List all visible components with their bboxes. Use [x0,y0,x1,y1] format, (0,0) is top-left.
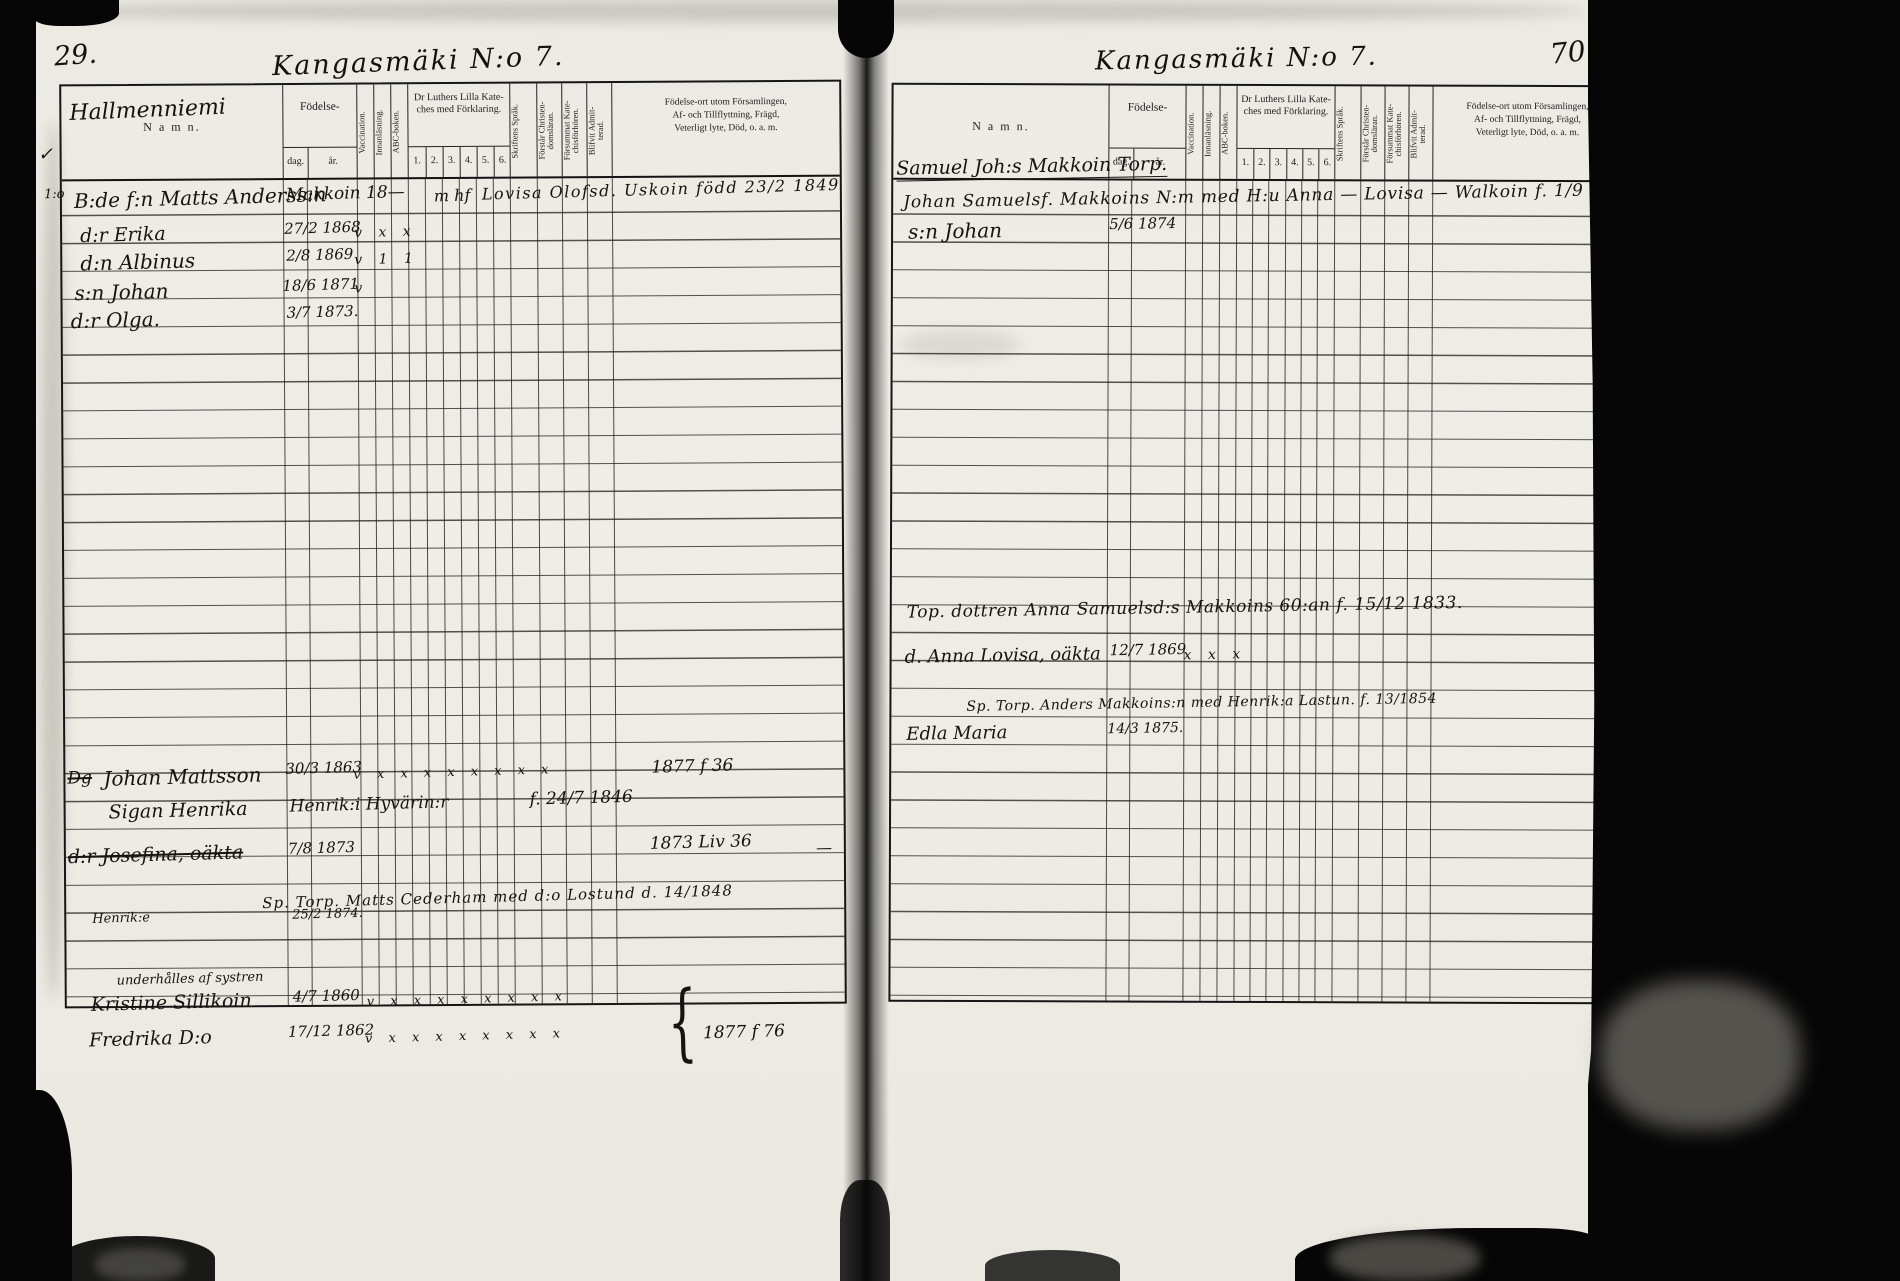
fodelseort-label: Födelse-ort utom Församlingen, Af- och T… [612,96,839,136]
kateches-col-5: 5. [1302,149,1318,179]
scanned-parish-register: 29. Kangasmäki N:o 7. Kangasmäki N:o 7. … [0,0,1900,1281]
column-rule [1357,179,1361,1001]
margin-mark: — [816,840,832,856]
column-rule [1199,179,1203,1001]
column-skriftens-header: Skriftens Språk. [1334,86,1360,179]
right-table-body [890,178,1621,1003]
column-rule [1429,180,1433,1002]
column-rule [357,178,363,1005]
margin-mark: ✓ [38,146,53,164]
scan-grey-patch [1600,980,1800,1130]
kateches-col-1: 1. [1237,149,1253,179]
column-rule [442,177,448,1004]
forstar-label: Förstår Christen- domsläran. [537,87,562,174]
page-fold-shadow [843,0,889,1281]
margin-mark: 1:o [44,188,65,201]
fodelse-label: Födelse- [1110,101,1186,113]
column-rule [459,177,465,1004]
kateches-label: Dr Luthers Lilla Kate- ches med Förklari… [408,92,509,117]
column-rule [587,176,593,1003]
column-rule [408,177,414,1004]
left-table-header: N a m n. Hallmenniemi Födelse- dag. år. … [61,82,840,182]
column-rule [307,178,313,1005]
column-rule [425,177,431,1004]
scan-grey-patch [1330,1235,1480,1281]
column-fodelse-header: Födelse- dag. år. [1108,85,1185,178]
namn-label: N a m n. [893,119,1108,135]
kateches-col-6: 6. [494,147,511,177]
column-innanlasning-header: Innanläsning. [373,84,391,177]
column-fodelse-header: Födelse- dag. år. [282,85,357,178]
column-abc-boken-header: ABC-boken. [390,84,408,177]
vaccination-label: Vaccination. [1186,90,1202,177]
kateches-subrow: 1. 2. 3. 4. 5. 6. [1237,148,1334,179]
fold-top-ink-blob [838,0,894,58]
abc-boken-label: ABC-boken. [391,88,408,175]
skriftens-label: Skriftens Språk. [1335,90,1360,177]
column-kateches-header: Dr Luthers Lilla Kate- ches med Förklari… [1236,86,1334,179]
left-table-body [62,175,845,1007]
forsummat-label: Försummat Kate- chisförhören. [562,87,587,174]
column-rule [1298,179,1302,1001]
column-forstar-header: Förstår Christen- domsläran. [1360,86,1384,179]
vaccination-label: Vaccination. [357,88,374,175]
kateches-label: Dr Luthers Lilla Kate- ches med Förklari… [1237,94,1334,118]
blifvit-label: Blifvit Admit- terad. [1409,91,1432,178]
kateches-col-2: 2. [426,147,443,177]
right-page-table: N a m n. Födelse- dag. år. Vaccination. … [888,83,1623,1005]
column-innanlasning-header: Innanläsning. [1202,86,1219,179]
column-abc-boken-header: ABC-boken. [1219,86,1236,179]
kateches-col-4: 4. [460,147,477,177]
kateches-subrow: 1. 2. 3. 4. 5. 6. [409,146,510,178]
column-vaccination-header: Vaccination. [356,84,374,177]
column-skriftens-header: Skriftens Språk. [509,83,537,176]
innanlasning-label: Innanläsning. [1203,90,1219,177]
forsummat-label: Försummat Kate- chisförhören. [1385,90,1408,177]
column-rule [510,177,516,1004]
left-page-number: 29. [53,39,98,73]
column-rule [1331,179,1335,1001]
column-kateches-header: Dr Luthers Lilla Kate- ches med Förklari… [407,84,510,178]
column-rule [562,176,568,1003]
column-rule [1249,179,1253,1001]
abc-boken-label: ABC-boken. [1220,90,1236,177]
column-namn-header: N a m n. [893,85,1108,179]
fold-bottom-ink-blob [840,1180,890,1281]
column-rule [612,176,618,1003]
scan-bottom-centre-blob [985,1250,1120,1281]
right-table-header: N a m n. Födelse- dag. år. Vaccination. … [893,85,1621,183]
ar-label: år. [308,148,358,178]
fodelse-label: Födelse- [283,101,356,113]
fodelse-subrow: dag. år. [1109,147,1185,178]
kateches-col-5: 5. [477,147,494,177]
column-rule [1381,179,1385,1001]
column-rule [1282,179,1286,1001]
column-rule [1128,179,1132,1001]
kateches-col-1: 1. [409,147,426,177]
dag-label: dag. [1109,148,1133,178]
forstar-label: Förstår Christen- domsläran. [1361,90,1384,177]
column-forsummat-header: Försummat Kate- chisförhören. [561,83,587,176]
scan-grey-patch [95,1248,185,1281]
kateches-col-2: 2. [1253,149,1269,179]
column-rule [537,176,543,1003]
column-rule [1265,179,1269,1001]
blifvit-label: Blifvit Admit- terad. [587,87,612,174]
scan-top-left-blob [34,0,119,26]
column-rule [1233,179,1237,1001]
column-rule [493,177,499,1004]
column-rule [476,177,482,1004]
column-rule [391,177,397,1004]
column-rule [1182,179,1186,1001]
scan-smudge [36,0,1586,22]
fodelse-subrow: dag. år. [284,147,357,178]
column-rule [1405,180,1409,1002]
column-rule [283,178,289,1005]
column-fodelseort-header: Födelse-ort utom Församlingen, Af- och T… [611,82,840,176]
column-blifvit-header: Blifvit Admit- terad. [1408,87,1432,180]
scan-left-border [0,0,36,1281]
column-blifvit-header: Blifvit Admit- terad. [586,83,612,176]
right-page-title: Kangasmäki N:o 7. [1095,42,1378,77]
innanlasning-label: Innanläsning. [374,88,391,175]
kateches-col-3: 3. [443,147,460,177]
kateches-col-3: 3. [1269,149,1286,179]
right-page-number: 70 [1548,34,1587,71]
column-rule [1314,179,1318,1001]
column-rule [374,177,380,1004]
dag-label: dag. [284,148,308,178]
column-rule [1105,178,1109,1000]
left-page-table: N a m n. Hallmenniemi Födelse- dag. år. … [59,80,847,1009]
column-forstar-header: Förstår Christen- domsläran. [536,83,562,176]
skriftens-label: Skriftens Språk. [510,87,537,174]
column-rule [1216,179,1220,1001]
kateches-col-4: 4. [1286,149,1302,179]
column-namn-header: N a m n. Hallmenniemi [61,85,283,179]
column-forsummat-header: Försummat Kate- chisförhören. [1384,86,1408,179]
column-vaccination-header: Vaccination. [1185,86,1202,179]
kateches-col-6: 6. [1318,149,1335,179]
ar-label: år. [1133,149,1186,179]
